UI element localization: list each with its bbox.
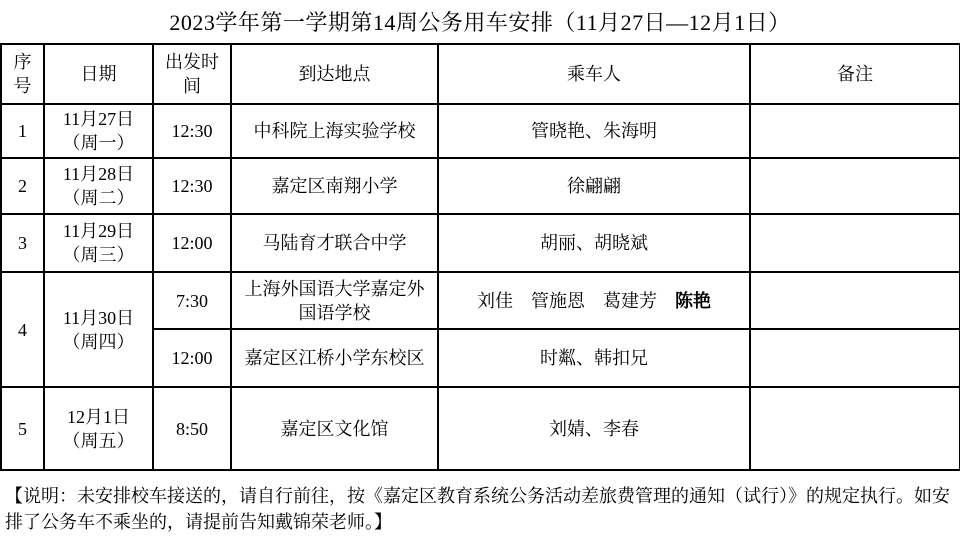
time-cell: 12:00 (153, 329, 231, 387)
remark-cell (750, 329, 960, 387)
time-cell: 8:50 (153, 387, 231, 470)
date-cell: 11月30日 （周四） (44, 272, 153, 387)
col-header-seq: 序号 (1, 44, 44, 104)
time-cell: 12:30 (153, 104, 231, 158)
passengers-bold: 陈艳 (675, 291, 711, 311)
passengers-cell: 管晓艳、朱海明 (438, 104, 750, 158)
date-cell: 12月1日 （周五） (44, 387, 153, 470)
col-header-date: 日期 (44, 44, 153, 104)
page-title: 2023学年第一学期第14周公务用车安排（11月27日—12月1日） (0, 0, 960, 43)
passengers-cell: 徐翩翩 (438, 158, 750, 214)
seq-cell: 5 (1, 387, 44, 470)
passengers-cell: 刘婧、李春 (438, 387, 750, 470)
passengers-regular: 刘佳 管施恩 葛建芳 (477, 291, 675, 311)
remark-cell (750, 272, 960, 329)
table-row: 3 11月29日 （周三） 12:00 马陆育才联合中学 胡丽、胡晓斌 (1, 214, 960, 272)
remark-cell (750, 214, 960, 272)
remark-cell (750, 387, 960, 470)
header-row: 序号 日期 出发时间 到达地点 乘车人 备注 (1, 44, 960, 104)
destination-cell: 上海外国语大学嘉定外国语学校 (231, 272, 438, 329)
destination-cell: 嘉定区江桥小学东校区 (231, 329, 438, 387)
table-row: 5 12月1日 （周五） 8:50 嘉定区文化馆 刘婧、李春 (1, 387, 960, 470)
col-header-destination: 到达地点 (231, 44, 438, 104)
table-row: 1 11月27日 （周一） 12:30 中科院上海实验学校 管晓艳、朱海明 (1, 104, 960, 158)
seq-cell: 4 (1, 272, 44, 387)
date-cell: 11月27日 （周一） (44, 104, 153, 158)
remark-cell (750, 104, 960, 158)
time-cell: 12:00 (153, 214, 231, 272)
seq-cell: 1 (1, 104, 44, 158)
destination-cell: 马陆育才联合中学 (231, 214, 438, 272)
date-cell: 11月29日 （周三） (44, 214, 153, 272)
col-header-remark: 备注 (750, 44, 960, 104)
time-cell: 12:30 (153, 158, 231, 214)
table-row: 2 11月28日 （周二） 12:30 嘉定区南翔小学 徐翩翩 (1, 158, 960, 214)
destination-cell: 嘉定区文化馆 (231, 387, 438, 470)
col-header-passengers: 乘车人 (438, 44, 750, 104)
remark-cell (750, 158, 960, 214)
schedule-table: 序号 日期 出发时间 到达地点 乘车人 备注 1 11月27日 （周一） 12:… (0, 43, 960, 471)
seq-cell: 3 (1, 214, 44, 272)
date-cell: 11月28日 （周二） (44, 158, 153, 214)
destination-cell: 中科院上海实验学校 (231, 104, 438, 158)
destination-cell: 嘉定区南翔小学 (231, 158, 438, 214)
seq-cell: 2 (1, 158, 44, 214)
passengers-cell: 胡丽、胡晓斌 (438, 214, 750, 272)
time-cell: 7:30 (153, 272, 231, 329)
note-text: 【说明：未安排校车接送的，请自行前往，按《嘉定区教育系统公务活动差旅费管理的通知… (0, 483, 960, 535)
passengers-cell: 刘佳 管施恩 葛建芳 陈艳 (438, 272, 750, 329)
table-row: 4 11月30日 （周四） 7:30 上海外国语大学嘉定外国语学校 刘佳 管施恩… (1, 272, 960, 329)
passengers-cell: 时粼、韩扣兄 (438, 329, 750, 387)
col-header-time: 出发时间 (153, 44, 231, 104)
document-page: 2023学年第一学期第14周公务用车安排（11月27日—12月1日） 序号 日期… (0, 0, 960, 545)
